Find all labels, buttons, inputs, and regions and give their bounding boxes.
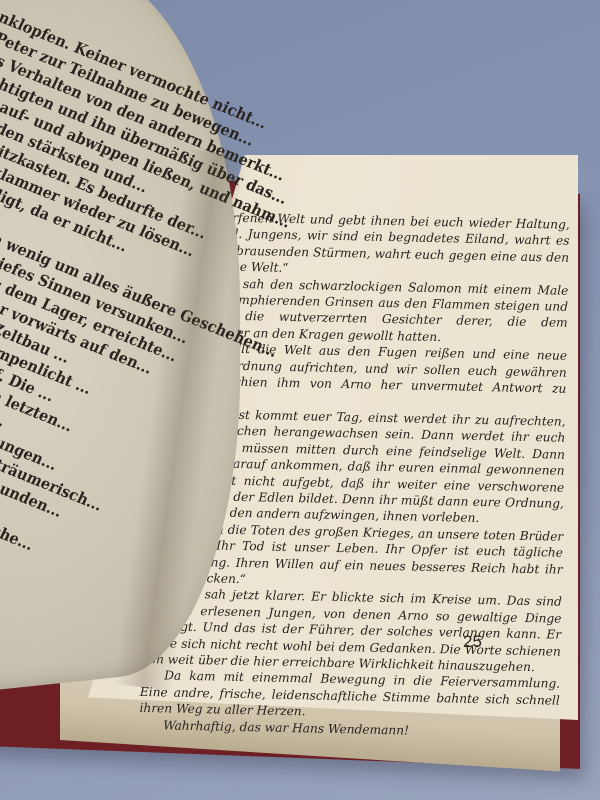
paragraph: Da kam mit einemmal Bewegung in die Feie… [139,667,560,725]
page-number: 25 [463,632,482,652]
paragraph: Peter sah jetzt klarer. Er blickte sich … [140,585,562,676]
photo-scene: renen, verworfenen Welt und gebt ihnen b… [0,0,600,800]
